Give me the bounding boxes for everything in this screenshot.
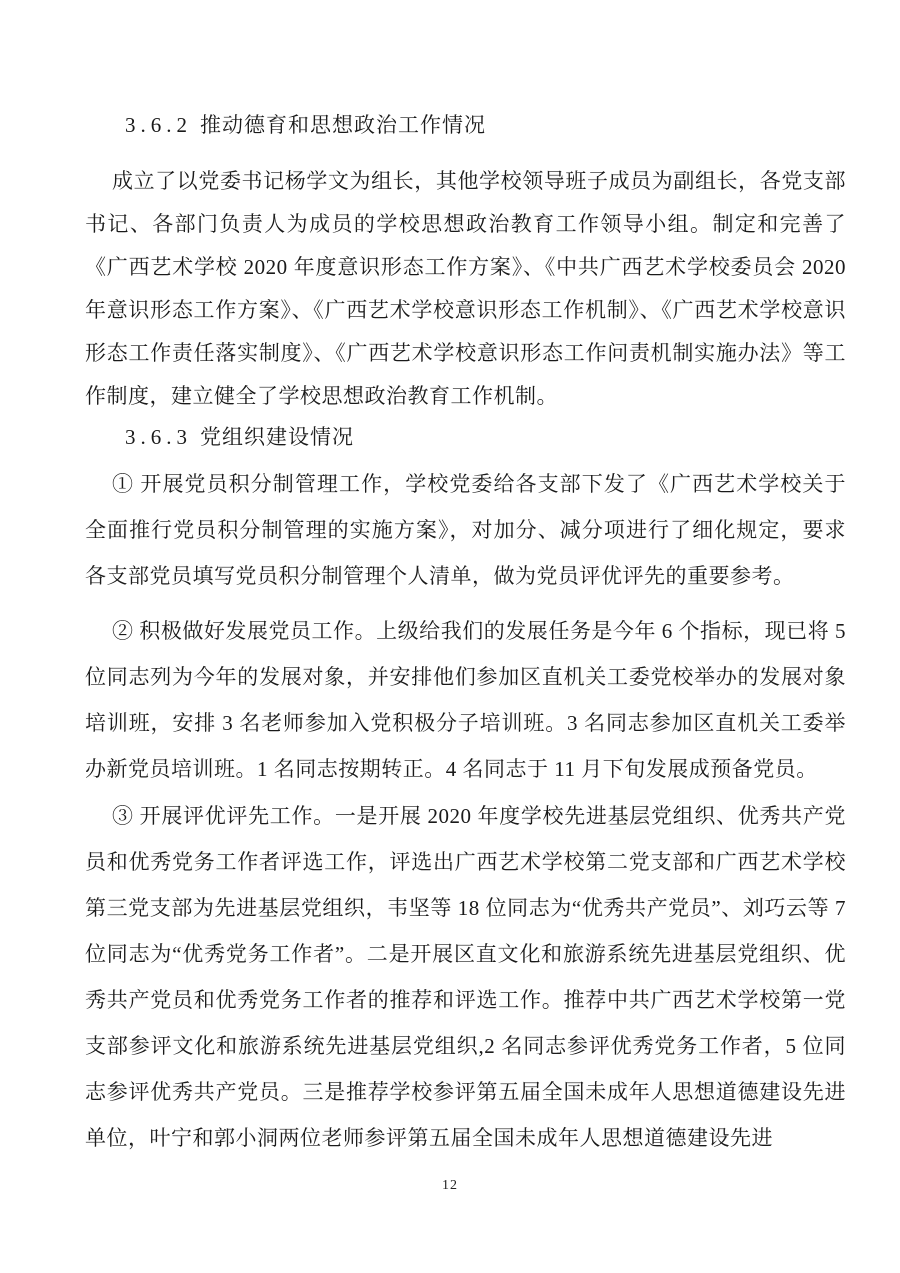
section-heading-3-6-3: 3.6.3党组织建设情况 <box>85 418 846 456</box>
page-footer: 12 <box>0 1176 900 1194</box>
section-title: 党组织建设情况 <box>200 425 354 449</box>
paragraph-item-3-evaluation-awards: ③ 开展评优评先工作。一是开展 2020 年度学校先进基层党组织、优秀共产党员和… <box>85 793 846 1161</box>
document-page: 3.6.2推动德育和思想政治工作情况 成立了以党委书记杨学文为组长，其他学校领导… <box>0 0 900 1273</box>
page-number: 12 <box>442 1178 458 1193</box>
section-heading-3-6-2: 3.6.2推动德育和思想政治工作情况 <box>85 106 846 144</box>
section-title: 推动德育和思想政治工作情况 <box>200 113 486 137</box>
paragraph-item-2-member-development: ② 积极做好发展党员工作。上级给我们的发展任务是今年 6 个指标，现已将 5 位… <box>85 608 846 792</box>
page-content: 3.6.2推动德育和思想政治工作情况 成立了以党委书记杨学文为组长，其他学校领导… <box>85 106 846 1161</box>
section-number: 3.6.3 <box>125 425 192 449</box>
paragraph-item-1-points-management: ① 开展党员积分制管理工作，学校党委给各支部下发了《广西艺术学校关于全面推行党员… <box>85 461 846 599</box>
paragraph-ideology-leadership: 成立了以党委书记杨学文为组长，其他学校领导班子成员为副组长，各党支部书记、各部门… <box>85 160 846 418</box>
section-number: 3.6.2 <box>125 113 192 137</box>
